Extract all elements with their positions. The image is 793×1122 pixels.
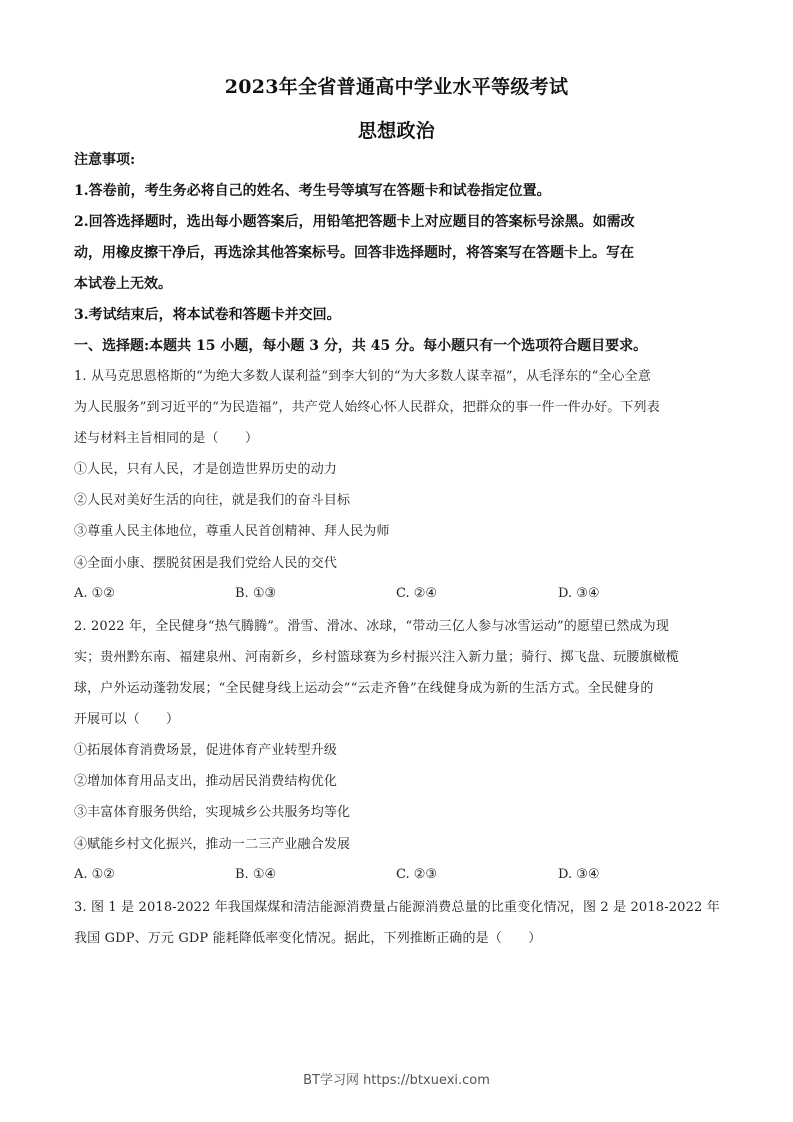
notice-heading: 注意事项: (74, 150, 724, 170)
site-watermark: BT学习网 https://btxuexi.com (0, 1069, 793, 1088)
notice-item-2-cont: 动，用橡皮擦干净后，再选涂其他答案标号。回答非选择题时，将答案写在答题卡上。写在 (74, 243, 724, 263)
option-d[interactable]: D. ③④ (558, 586, 600, 601)
option-b[interactable]: B. ①④ (235, 867, 276, 882)
exam-page: 2023年全省普通高中学业水平等级考试 思想政治 注意事项: 1.答卷前，考生务… (0, 0, 793, 1122)
option-a[interactable]: A. ①② (74, 867, 115, 882)
question-stem-line: 为人民服务”到习近平的“为民造福”，共产党人始终心怀人民群众，把群众的事一件一件… (74, 398, 724, 418)
question-stem-line: 实；贵州黔东南、福建泉州、河南新乡，乡村篮球赛为乡村振兴注入新力量；骑行、掷飞盘… (74, 648, 724, 668)
question-stem-line: 3. 图 1 是 2018-2022 年我国煤煤和清洁能源消费量占能源消费总量的… (74, 898, 724, 918)
exam-subject: 思想政治 (0, 116, 793, 143)
question-stem-line: 开展可以（ ） (74, 710, 724, 730)
statement: ④全面小康、摆脱贫困是我们党给人民的交代 (74, 554, 724, 574)
question-stem-line: 球，户外运动蓬勃发展；“全民健身线上运动会”“云走齐鲁”在线健身成为新的生活方式… (74, 679, 724, 699)
option-b[interactable]: B. ①③ (235, 586, 276, 601)
statement: ③丰富体育服务供给，实现城乡公共服务均等化 (74, 803, 724, 823)
notice-item-3: 3.考试结束后，将本试卷和答题卡并交回。 (74, 305, 724, 325)
option-a[interactable]: A. ①② (74, 586, 115, 601)
option-c[interactable]: C. ②③ (396, 867, 437, 882)
notice-item-2: 2.回答选择题时，选出每小题答案后，用铅笔把答题卡上对应题目的答案标号涂黑。如需… (74, 212, 724, 232)
option-d[interactable]: D. ③④ (558, 867, 600, 882)
notice-item-1: 1.答卷前，考生务必将自己的姓名、考生号等填写在答题卡和试卷指定位置。 (74, 181, 724, 201)
option-c[interactable]: C. ②④ (396, 586, 437, 601)
question-stem-line: 我国 GDP、万元 GDP 能耗降低率变化情况。据此，下列推断正确的是（ ） (74, 929, 724, 949)
statement: ②增加体育用品支出，推动居民消费结构优化 (74, 772, 724, 792)
statement: ②人民对美好生活的向往，就是我们的奋斗目标 (74, 491, 724, 511)
answer-options: A. ①② B. ①③ C. ②④ D. ③④ (74, 586, 724, 606)
exam-title: 2023年全省普通高中学业水平等级考试 (0, 72, 793, 99)
notice-item-2-end: 本试卷上无效。 (74, 274, 724, 294)
question-stem-line: 述与材料主旨相同的是（ ） (74, 429, 724, 449)
question-stem-line: 1. 从马克思恩格斯的“为绝大多数人谋利益”到李大钊的“为大多数人谋幸福”，从毛… (74, 367, 724, 387)
statement: ①人民，只有人民，才是创造世界历史的动力 (74, 460, 724, 480)
statement: ①拓展体育消费场景，促进体育产业转型升级 (74, 741, 724, 761)
question-stem-line: 2. 2022 年，全民健身“热气腾腾”。滑雪、滑冰、冰球，“带动三亿人参与冰雪… (74, 617, 724, 637)
statement: ④赋能乡村文化振兴，推动一二三产业融合发展 (74, 835, 724, 855)
answer-options: A. ①② B. ①④ C. ②③ D. ③④ (74, 867, 724, 887)
statement: ③尊重人民主体地位，尊重人民首创精神、拜人民为师 (74, 522, 724, 542)
section-heading: 一、选择题:本题共 15 小题，每小题 3 分，共 45 分。每小题只有一个选项… (74, 336, 724, 356)
